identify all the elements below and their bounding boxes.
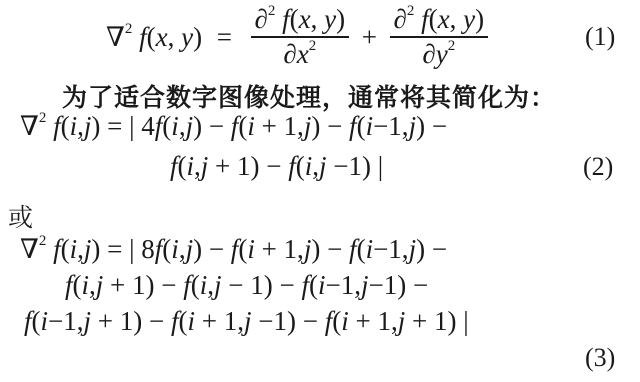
equals-sign: =	[217, 24, 232, 51]
equation-number-3: (3)	[585, 343, 615, 373]
equation-number-1: (1)	[585, 22, 615, 52]
fraction-denominator: ∂x2	[251, 38, 350, 68]
laplacian-lhs: ∇2 f(x, y)	[106, 24, 202, 51]
equation-2-line-2: f(i,j + 1) − f(i,j −1) |	[170, 153, 383, 180]
partial-y-fraction: ∂2 f(x, y) ∂y2	[390, 6, 489, 68]
equation-2-line-1: ∇2 f(i,j) = | 4f(i,j) − f(i + 1,j) − f(i…	[20, 113, 447, 140]
equation-number-2: (2)	[583, 152, 613, 182]
plus-sign: +	[362, 24, 377, 51]
equation-3-line-1: ∇2 f(i,j) = | 8f(i,j) − f(i + 1,j) − f(i…	[20, 236, 447, 263]
equation-3-line-2: f(i,j + 1) − f(i,j − 1) − f(i−1,j−1) −	[65, 272, 428, 299]
or-text: 或	[8, 198, 34, 234]
equation-3-line-3: f(i−1,j + 1) − f(i + 1,j −1) − f(i + 1,j…	[24, 308, 469, 335]
fraction-numerator: ∂2 f(x, y)	[251, 6, 350, 38]
fraction-denominator: ∂y2	[390, 38, 489, 68]
fraction-numerator: ∂2 f(x, y)	[390, 6, 489, 38]
simplification-text: 为了适合数字图像处理，通常将其简化为：	[62, 78, 556, 114]
equation-1: ∇2 f(x, y) = ∂2 f(x, y) ∂x2 + ∂2 f(x, y)…	[106, 6, 492, 68]
partial-x-fraction: ∂2 f(x, y) ∂x2	[251, 6, 350, 68]
